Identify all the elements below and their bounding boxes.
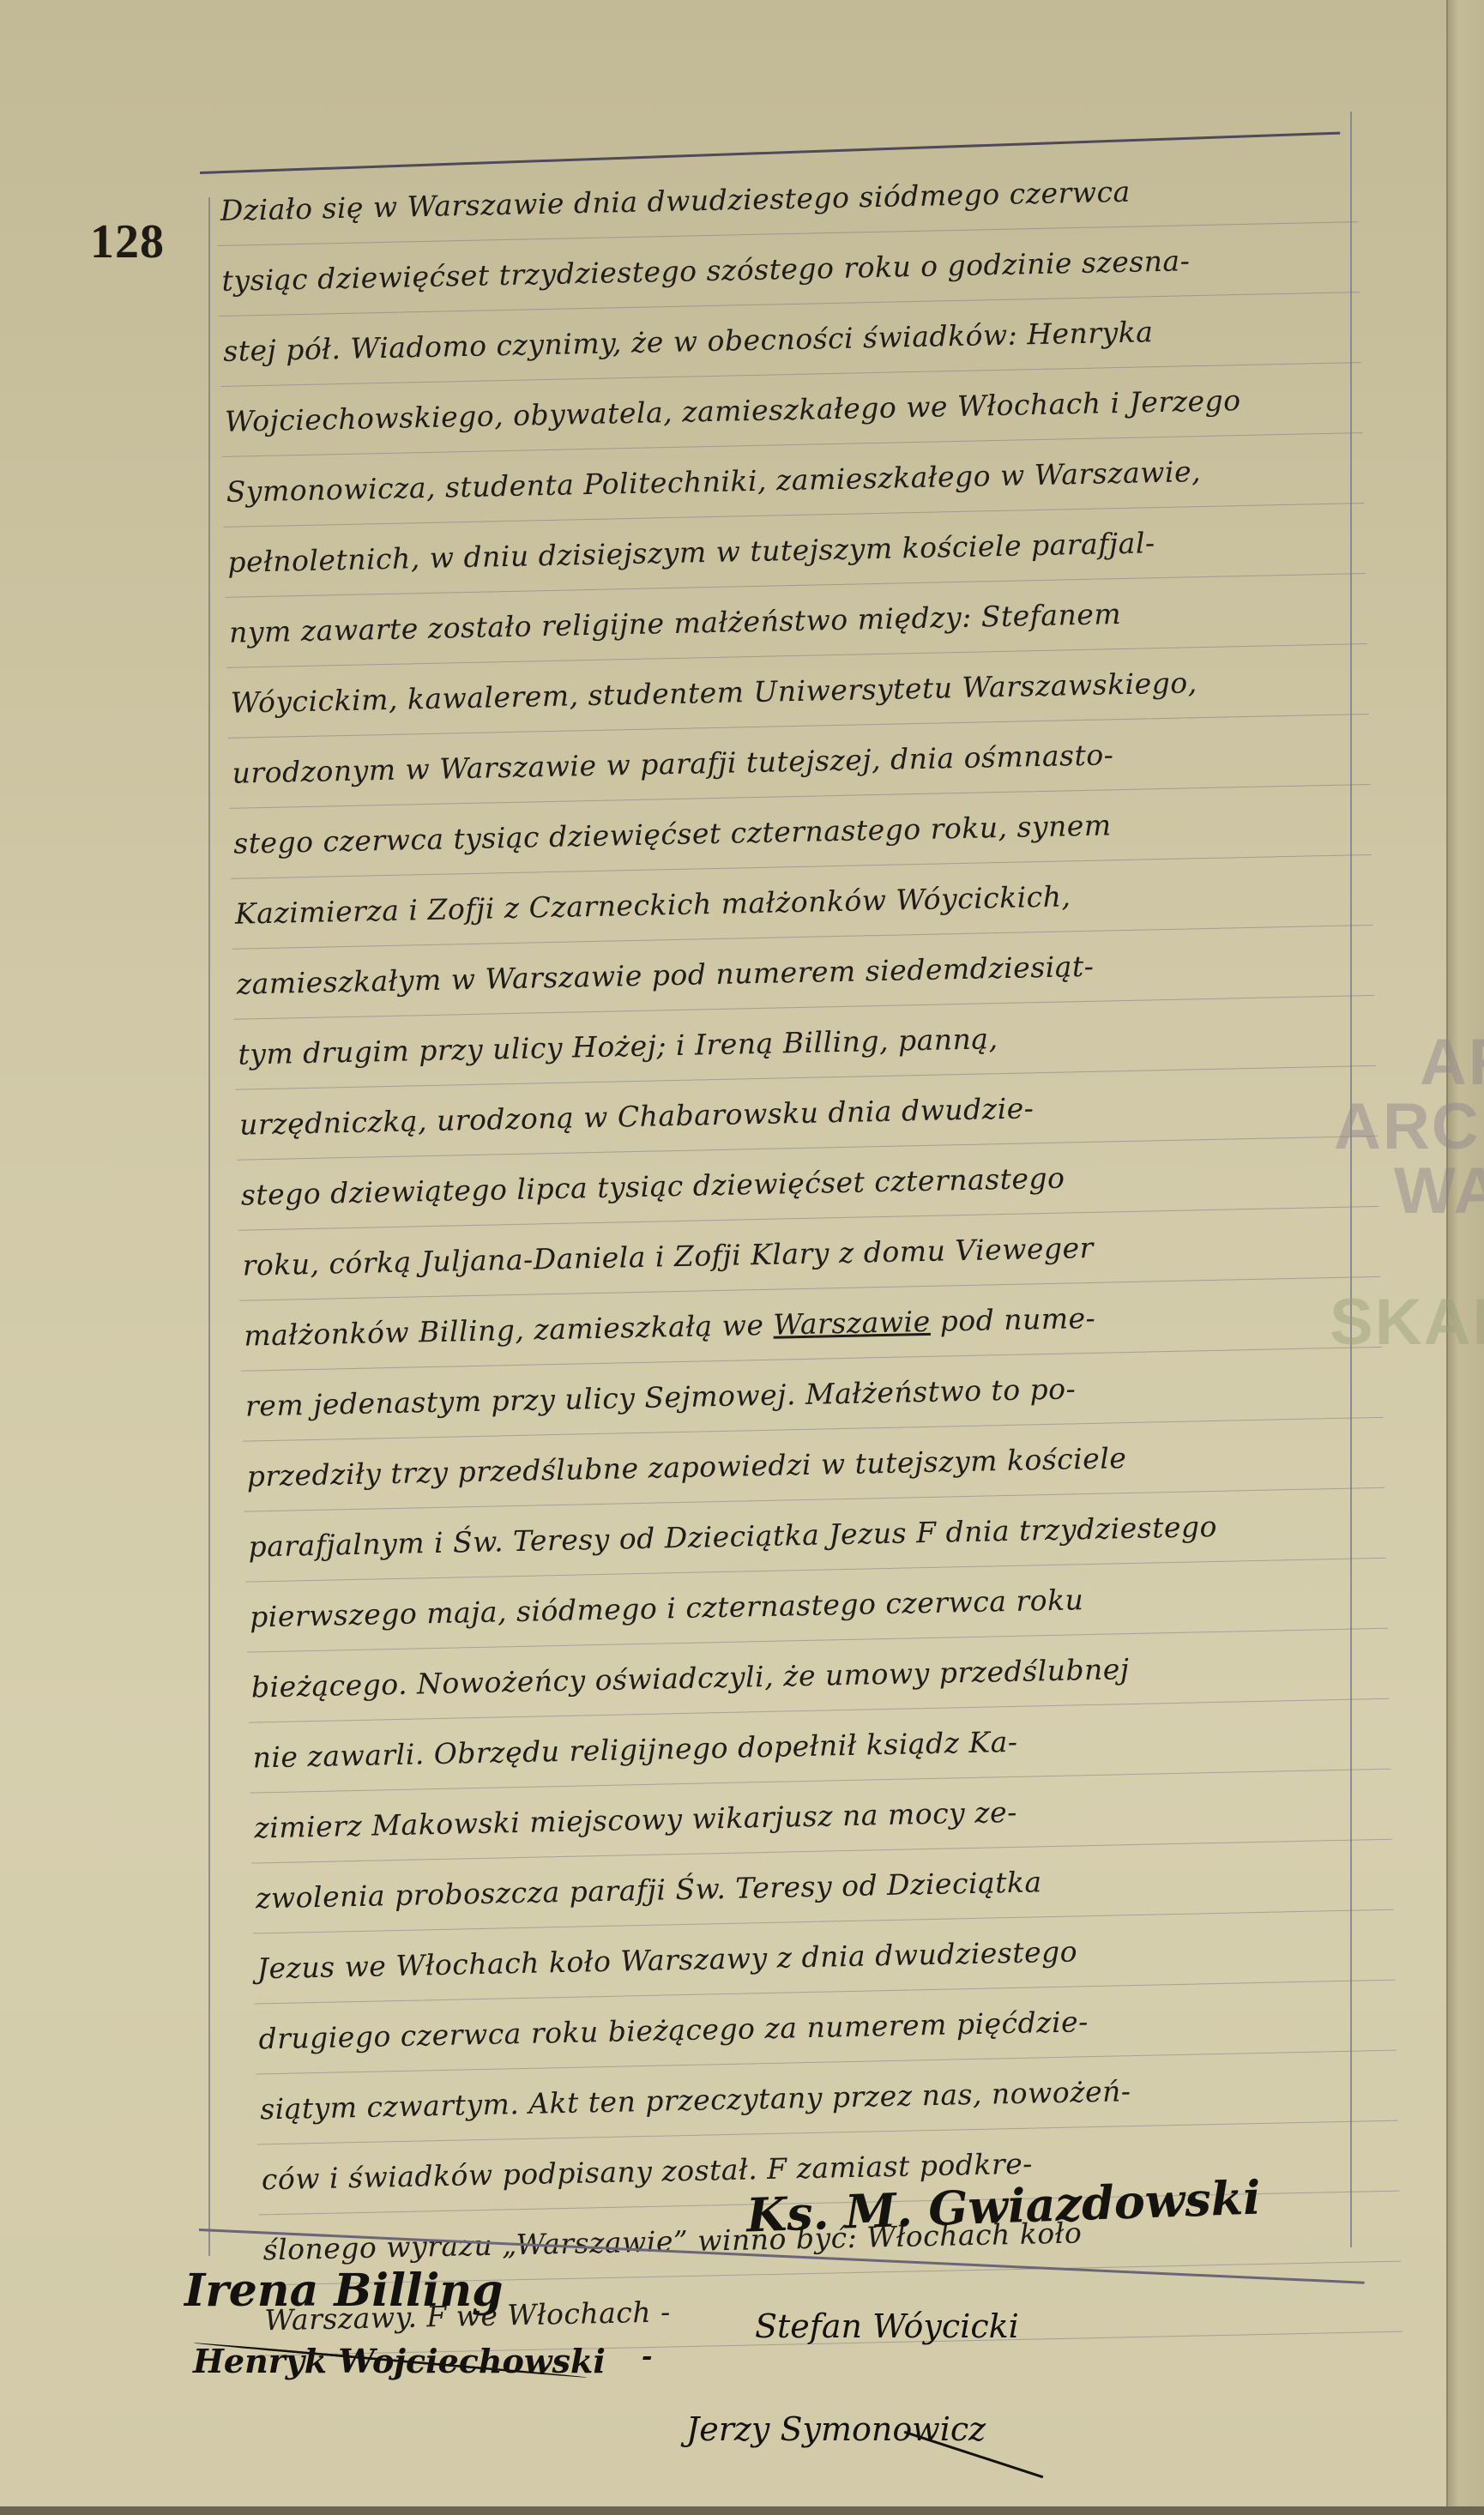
frame-left-margin-rule [208, 197, 210, 2256]
underlined-word: Warszawie [773, 1305, 931, 1342]
record-number: 128 [90, 214, 165, 269]
witness-signature-henryk: Henryk Wojciechowski [193, 2342, 606, 2380]
archive-watermark: WA [1394, 1154, 1484, 1228]
bride-signature: Irena Billing [184, 2265, 504, 2317]
page-bottom-edge [0, 2506, 1484, 2515]
groom-signature: Stefan Wóycicki [755, 2307, 1019, 2345]
record-body: Działo się w Warszawie dnia dwudziestego… [216, 152, 1403, 2355]
register-page: 128 Działo się w Warszawie dnia dwudzies… [0, 0, 1484, 2515]
skanoteka-watermark: SKANOTEK [1330, 1285, 1484, 1360]
archive-watermark: ARCHI [1334, 1089, 1484, 1164]
adjacent-page-edge [1446, 0, 1484, 2515]
signature-separator: - [642, 2342, 652, 2372]
archive-watermark: AR [1420, 1025, 1484, 1100]
